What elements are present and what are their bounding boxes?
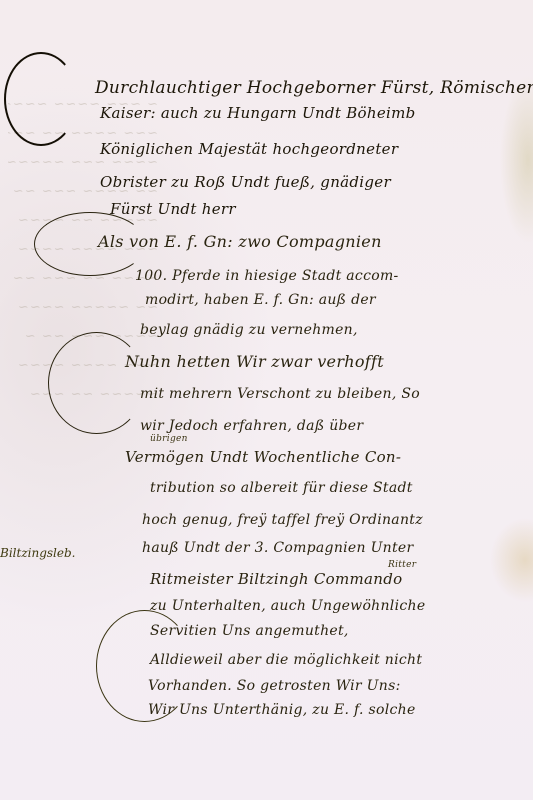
text-line: Kaiser: auch zu Hungarn Undt Böheimb — [100, 104, 416, 122]
text-line: Fürst Undt herr — [110, 200, 236, 218]
text-line: Vorhanden. So getrosten Wir Uns: — [148, 678, 401, 694]
text-line: Obrister zu Roß Undt fueß, gnädiger — [100, 173, 391, 191]
text-line: Ritmeister Biltzingh Commando — [150, 570, 403, 588]
interlinear-note: Ritter — [388, 560, 416, 570]
text-line: 100. Pferde in hiesige Stadt accom- — [135, 268, 399, 284]
manuscript-page: ~ ~~~ ~~~~ ~~~~ ~~~ ~~~~ ~~ ~~~ ~~~~ ~~~… — [0, 0, 533, 800]
text-line: tribution so albereit für diese Stadt — [150, 480, 413, 496]
margin-note: Biltzingsleb. — [0, 546, 75, 560]
text-line: wir Jedoch erfahren, daß über — [140, 418, 363, 434]
interlinear-note: übrigen — [150, 434, 188, 444]
text-line: Königlichen Majestät hochgeordneter — [100, 140, 398, 158]
text-line: Durchlauchtiger Hochgeborner Fürst, Römi… — [95, 78, 533, 98]
text-line: Als von E. f. Gn: zwo Compagnien — [98, 232, 382, 251]
text-line: mit mehrern Verschont zu bleiben, So — [140, 386, 420, 402]
text-line: Vermögen Undt Wochentliche Con- — [125, 448, 401, 466]
text-line: Servitien Uns angemuthet, — [150, 623, 349, 639]
text-line: hoch genug, freÿ taffel freÿ Ordinantz — [142, 512, 423, 528]
text-line: Alldieweil aber die möglichkeit nicht — [150, 652, 422, 668]
initial-flourish-n — [48, 332, 145, 434]
text-line: hauß Undt der 3. Compagnien Unter — [142, 540, 413, 556]
initial-flourish-d — [4, 52, 78, 146]
text-line: zu Unterhalten, auch Ungewöhnliche — [150, 598, 425, 614]
text-line: modirt, haben E. f. Gn: auß der — [145, 292, 376, 308]
text-line: Wir Uns Unterthänig, zu E. f. solche — [148, 702, 416, 718]
text-line: beylag gnädig zu vernehmen, — [140, 322, 358, 338]
text-line: Nuhn hetten Wir zwar verhofft — [125, 352, 384, 371]
